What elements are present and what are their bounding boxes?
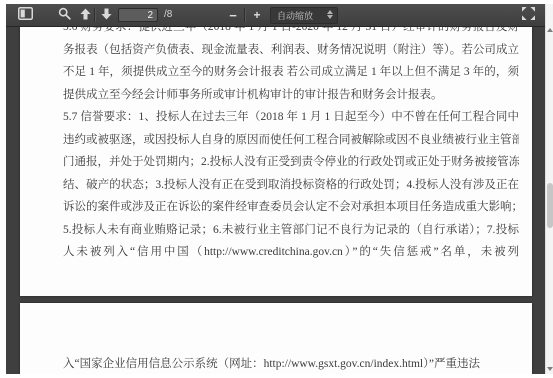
text-line: 结、破产的状态；3.投标人没有正在受到取消投标资格的行政处罚；4.投标人没有涉及… [63, 174, 519, 197]
text-line: 门通报，并处于处罚期内；2.投标人没有正受到责令停业的行政处罚或正处于财务被接管… [63, 151, 519, 174]
document-area: 5.6 财务要求：提供近三年（2018 年 1 月 1 日-2020 年 12 … [6, 27, 545, 374]
zoom-select-value: 自动缩放 [271, 9, 313, 22]
page-3-text: 入“国家企业信用信息公示系统（网址：http://www.gsxt.gov.cn… [63, 353, 519, 374]
page-count-label: /8 [164, 9, 172, 21]
page-number-input[interactable] [118, 8, 158, 22]
zoom-out-button[interactable]: − [224, 5, 242, 25]
text-line: 务报表（包括资产负债表、现金流量表、利润表、财务情况说明（附注）等）。若公司成立 [63, 39, 519, 62]
scroll-down-icon[interactable] [547, 367, 553, 371]
zoom-select[interactable]: 自动缩放 [270, 7, 338, 24]
text-line: 入“国家企业信用信息公示系统（网址：http://www.gsxt.gov.cn… [63, 353, 519, 374]
text-line: 提供成立至今经会计师事务所或审计机构审计的审计报告和财务会计报表。 [63, 84, 519, 107]
toolbar-separator [244, 8, 246, 22]
next-page-button[interactable] [97, 5, 115, 25]
page-2-text: 5.6 财务要求：提供近三年（2018 年 1 月 1 日-2020 年 12 … [63, 27, 519, 264]
pdf-page-3: 入“国家企业信用信息公示系统（网址：http://www.gsxt.gov.cn… [20, 303, 532, 374]
search-button[interactable] [54, 5, 74, 25]
vertical-scrollbar[interactable] [545, 4, 553, 374]
pdf-toolbar: /8 − + 自动缩放 [6, 4, 545, 27]
text-line: 5.6 财务要求：提供近三年（2018 年 1 月 1 日-2020 年 12 … [63, 27, 519, 39]
text-line: 人未被列入“信用中国（http://www.creditchina.gov.cn… [63, 241, 519, 264]
toggle-sidebar-button[interactable] [14, 5, 36, 25]
zoom-in-button[interactable]: + [248, 5, 266, 25]
text-line: 5.投标人未有商业贿赂记录；6.未被行业主管部门记不良行为记录的（自行承诺）；7… [63, 219, 519, 242]
toolbar-separator [94, 8, 96, 22]
toggle-sidebar-icon [18, 7, 33, 23]
page-up-icon [80, 8, 91, 23]
fullscreen-button[interactable] [518, 5, 538, 25]
fullscreen-icon [522, 7, 535, 23]
scrollbar-thumb[interactable] [547, 183, 553, 228]
text-line: 5.7 信誉要求：1、投标人在过去三年（2018 年 1 月 1 日起至今）中不… [63, 106, 519, 129]
pdf-viewer: /8 − + 自动缩放 5.6 财务要求：提供近三年（2018 [6, 4, 545, 374]
scroll-up-icon[interactable] [547, 28, 553, 32]
pdf-page-2: 5.6 财务要求：提供近三年（2018 年 1 月 1 日-2020 年 12 … [20, 27, 532, 296]
page-down-icon [101, 8, 112, 23]
text-line: 违约或被驱逐，或因投标人自身的原因而使任何工程合同被解除或因不良业绩被行业主管部 [63, 129, 519, 152]
search-icon [58, 7, 71, 23]
dropdown-caret-icon [327, 10, 333, 19]
text-line: 不足 1 年，须提供成立至今的财务会计报表 若公司成立满足 1 年以上但不满足 … [63, 61, 519, 84]
text-line: 诉讼的案件或涉及正在诉讼的案件经审查委员会认定不会对承担本项目任务造成重大影响； [63, 196, 519, 219]
previous-page-button[interactable] [76, 5, 94, 25]
